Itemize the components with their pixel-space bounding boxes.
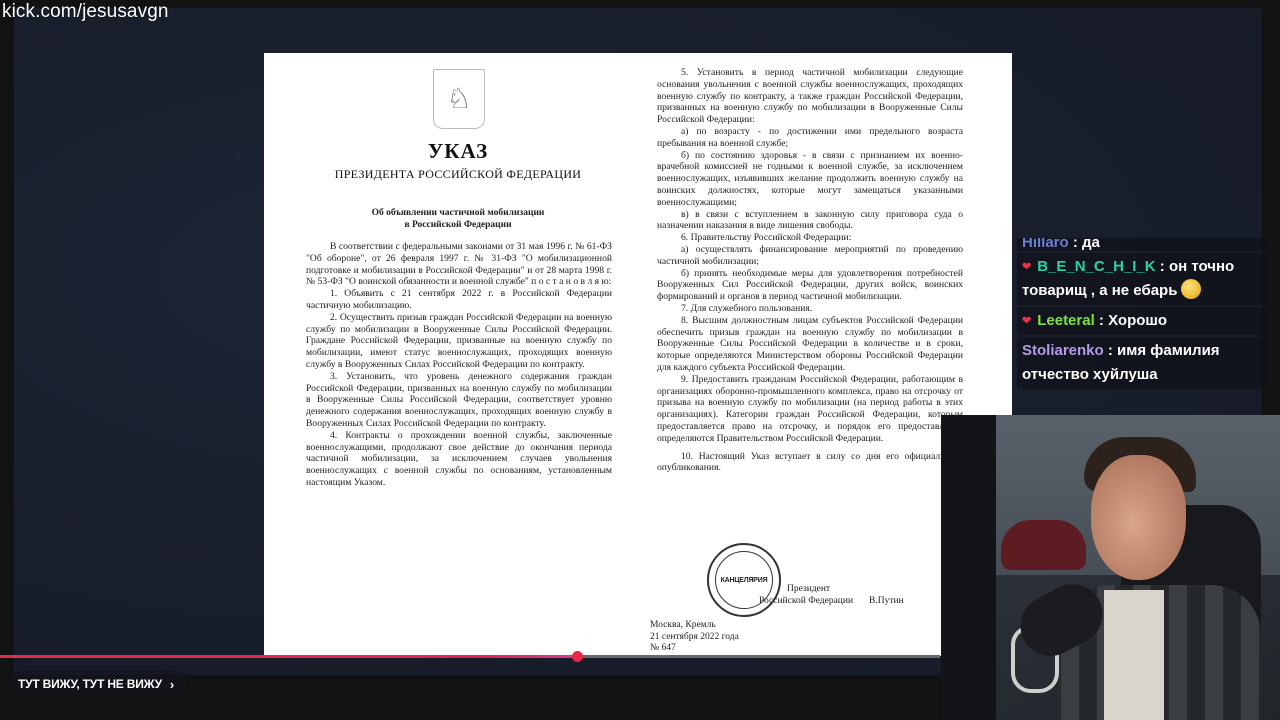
paragraph-5a: а) по возрасту - по достижении ими преде…	[657, 126, 963, 150]
paragraph-5: 5. Установить в период частичной мобилиз…	[657, 67, 963, 126]
webcam-feed	[941, 415, 1280, 720]
signature-block: КАНЦЕЛЯРИЯ Президент Российской Федераци…	[657, 537, 977, 647]
paragraph-8: 8. Высшим должностным лицам субъектов Ро…	[657, 315, 963, 374]
left-column: В соответствии с федеральными законами о…	[306, 241, 612, 489]
chat-text: : Хорошо	[1095, 312, 1167, 329]
right-column: 5. Установить в период частичной мобилиз…	[657, 67, 963, 474]
chat-username[interactable]: B_E_N_C_H_I_K	[1037, 258, 1155, 275]
chat-message: Hillaro : да	[1017, 238, 1267, 251]
stamp-text: КАНЦЕЛЯРИЯ	[721, 577, 768, 584]
russian-coat-of-arms-icon: ♘	[433, 69, 485, 129]
chat-text: : да	[1069, 238, 1100, 251]
chapter-button[interactable]: ТУТ ВИЖУ, ТУТ НЕ ВИЖУ ›	[8, 670, 186, 698]
decree-number: № 647	[650, 643, 739, 655]
place: Москва, Кремль	[650, 620, 739, 632]
chapter-label: ТУТ ВИЖУ, ТУТ НЕ ВИЖУ	[18, 677, 162, 691]
heart-badge-icon: ❤	[1022, 261, 1031, 273]
document-heading: Об объявлении частичной мобилизации в Ро…	[264, 207, 652, 231]
angry-grin-emote-icon	[1181, 279, 1201, 299]
paragraph-5c: в) в связи с вступлением в законную силу…	[657, 209, 963, 233]
progress-fill	[0, 655, 577, 658]
chat-username[interactable]: Hillaro	[1022, 238, 1069, 251]
heading-line-2: в Российской Федерации	[264, 219, 652, 231]
paragraph-1: 1. Объявить с 21 сентября 2022 г. в Росс…	[306, 288, 612, 312]
chat-username[interactable]: Stoliarenko	[1022, 342, 1104, 359]
paragraph-10: 10. Настоящий Указ вступает в силу со дн…	[657, 451, 963, 475]
heading-line-1: Об объявлении частичной мобилизации	[264, 207, 652, 219]
document-subtitle: ПРЕЗИДЕНТА РОССИЙСКОЙ ФЕДЕРАЦИИ	[264, 167, 652, 182]
heart-badge-icon: ❤	[1022, 315, 1031, 327]
paragraph-6: 6. Правительству Российской Федерации:	[657, 232, 963, 244]
chevron-right-icon: ›	[170, 677, 174, 692]
place-and-date: Москва, Кремль 21 сентября 2022 года № 6…	[650, 620, 739, 655]
video-progress-bar[interactable]	[0, 655, 940, 658]
chat-username[interactable]: Leeteral	[1037, 312, 1095, 329]
paragraph-6a: а) осуществлять финансирование мероприят…	[657, 244, 963, 268]
paragraph-5b: б) по состоянию здоровья - в связи с при…	[657, 150, 963, 209]
stream-url-watermark: kick.com/jesusavgn	[2, 1, 169, 23]
date: 21 сентября 2022 года	[650, 632, 739, 644]
paragraph-9: 9. Предоставить гражданам Российской Фед…	[657, 374, 963, 445]
chat-message: ❤Leeteral : Хорошо	[1017, 307, 1267, 335]
paragraph-3: 3. Установить, что уровень денежного сод…	[306, 371, 612, 430]
document-title: УКАЗ	[264, 139, 652, 164]
chat-message: Stoliarenko : имя фамилия отчество хуйлу…	[1017, 337, 1267, 389]
signature-title-1: Президент	[787, 584, 830, 594]
paragraph-6b: б) принять необходимые меры для удовлетв…	[657, 268, 963, 303]
chat-overlay: Hillaro : да❤B_E_N_C_H_I_K : он точно то…	[1017, 238, 1267, 414]
paragraph-4: 4. Контракты о прохождении военной служб…	[306, 430, 612, 489]
paragraph-preamble: В соответствии с федеральными законами о…	[306, 241, 612, 288]
signature-title-2: Российской Федерации	[759, 596, 853, 606]
chat-message: ❤B_E_N_C_H_I_K : он точно товарищ , а не…	[1017, 253, 1267, 305]
paragraph-2: 2. Осуществить призыв граждан Российской…	[306, 312, 612, 371]
decree-document: ♘ УКАЗ ПРЕЗИДЕНТА РОССИЙСКОЙ ФЕДЕРАЦИИ О…	[264, 53, 1012, 656]
paragraph-7: 7. Для служебного пользования.	[657, 303, 963, 315]
signature-name: В.Путин	[869, 596, 904, 606]
